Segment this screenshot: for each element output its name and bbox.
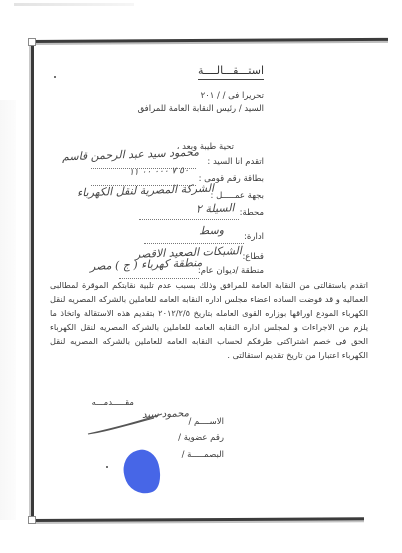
name-label: الاســــم / bbox=[188, 417, 224, 427]
field-label-region: منطقة /ديوان عام: bbox=[198, 266, 264, 276]
field-label-workplace: بجهة عمـــــل : bbox=[211, 191, 264, 201]
field-label-station: محطة: bbox=[240, 208, 264, 218]
page-frame-top bbox=[30, 38, 388, 43]
field-label-sector: قطاع: bbox=[242, 252, 264, 262]
field-value-administration: وسط bbox=[199, 224, 224, 238]
date-line: تحريرا فى / / ٢٠١ bbox=[201, 91, 264, 101]
membership-number-label: رقم عضوية / bbox=[178, 433, 224, 443]
field-value-national-id: ٥٠ ٧ ٠٠٠ ٠٠ ١١ bbox=[129, 166, 189, 178]
resignation-letter: استـــقـــالــــة تحريرا فى / / ٢٠١ السي… bbox=[34, 44, 374, 518]
stray-mark bbox=[106, 466, 108, 468]
scan-margin-shadow bbox=[0, 100, 16, 520]
signature-icon bbox=[84, 410, 164, 438]
field-value-station: السيلة ٢ bbox=[195, 201, 234, 215]
submitter-heading: مقـــــدمـــه bbox=[92, 398, 134, 408]
scan-edge-shadow bbox=[14, 3, 134, 6]
fingerprint-label: البصمـــــة / bbox=[182, 450, 224, 460]
field-label-administration: ادارة: bbox=[244, 232, 264, 242]
field-label-name: اتقدم انا السيد : bbox=[207, 157, 264, 167]
document-title: استـــقـــالــــة bbox=[198, 64, 264, 80]
stray-mark bbox=[54, 76, 56, 78]
addressee-line: السيد / رئيس النقابة العامة للمرافق bbox=[138, 104, 264, 114]
field-dots bbox=[144, 235, 244, 244]
resignation-body-paragraph: اتقدم باستقالتى من النقابة العامة للمراف… bbox=[50, 278, 368, 362]
